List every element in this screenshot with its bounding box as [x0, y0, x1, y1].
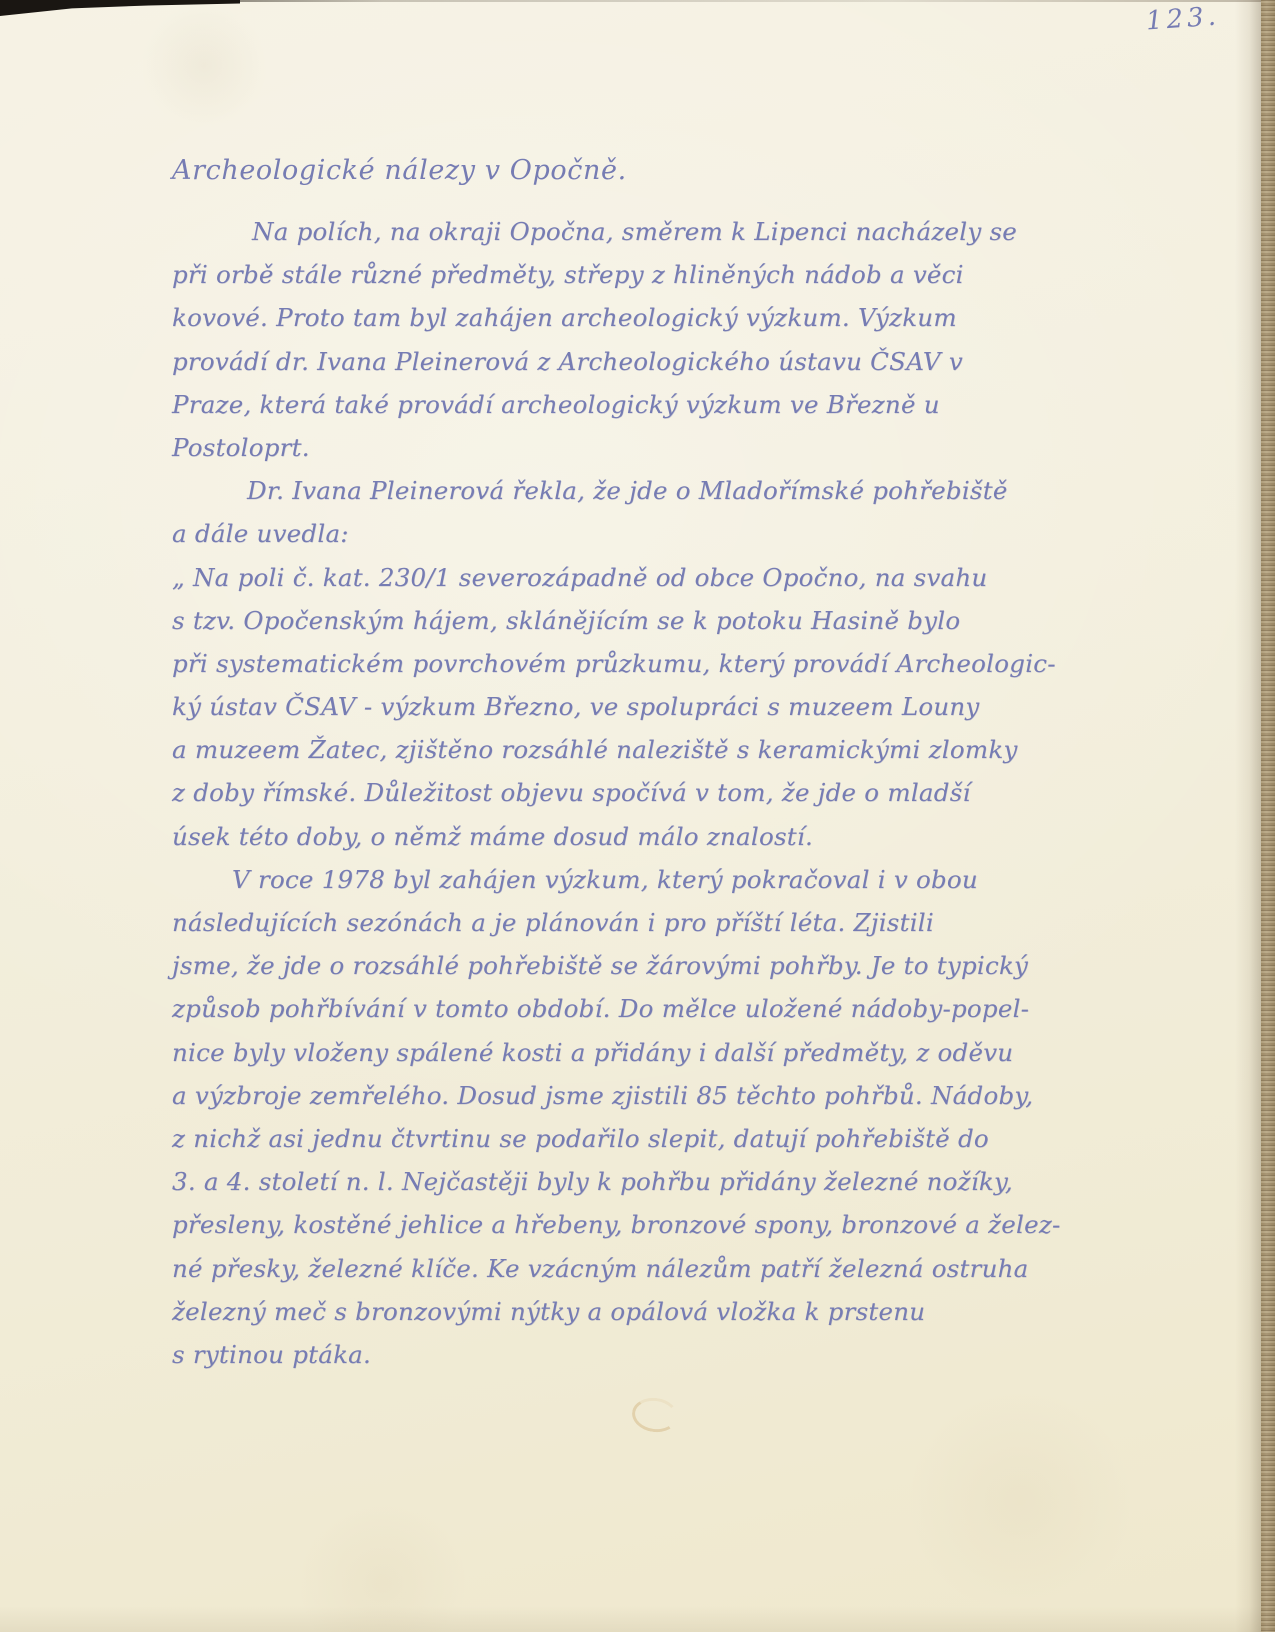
handwritten-line: nice byly vloženy spálené kosti a přidán…	[172, 1031, 1052, 1074]
scan-dark-corner	[0, 0, 240, 16]
handwriting-block: Na polích, na okraji Opočna, směrem k Li…	[172, 210, 1052, 1376]
handwritten-line: Dr. Ivana Pleinerová řekla, že jde o Mla…	[172, 469, 1052, 512]
handwritten-line: Postoloprt.	[172, 426, 1052, 469]
handwritten-line: Na polích, na okraji Opočna, směrem k Li…	[172, 210, 1052, 253]
page-number: 123.	[1145, 1, 1221, 36]
handwritten-line: při orbě stále různé předměty, střepy z …	[172, 253, 1052, 296]
handwritten-line: a muzeem Žatec, zjištěno rozsáhlé nalezi…	[172, 728, 1052, 771]
book-page-stack-edge	[1261, 0, 1275, 1632]
handwritten-line: úsek této doby, o němž máme dosud málo z…	[172, 815, 1052, 858]
handwritten-line: s rytinou ptáka.	[172, 1333, 1052, 1376]
handwritten-line: přesleny, kostěné jehlice a hřebeny, bro…	[172, 1203, 1052, 1246]
handwritten-line: a výzbroje zemřelého. Dosud jsme zjistil…	[172, 1074, 1052, 1117]
handwritten-line: provádí dr. Ivana Pleinerová z Archeolog…	[172, 340, 1052, 383]
handwritten-line: způsob pohřbívání v tomto období. Do měl…	[172, 987, 1052, 1030]
handwritten-line: z nichž asi jednu čtvrtinu se podařilo s…	[172, 1117, 1052, 1160]
page-edge-shadow	[1235, 0, 1261, 1632]
handwritten-line: jsme, že jde o rozsáhlé pohřebiště se žá…	[172, 944, 1052, 987]
handwritten-line: né přesky, železné klíče. Ke vzácným nál…	[172, 1247, 1052, 1290]
scanned-page: 123. Archeologické nálezy v Opočně. Na p…	[0, 0, 1275, 1632]
handwritten-line: 3. a 4. století n. l. Nejčastěji byly k …	[172, 1160, 1052, 1203]
document-title: Archeologické nálezy v Opočně.	[172, 155, 627, 186]
handwritten-line: V roce 1978 byl zahájen výzkum, který po…	[172, 858, 1052, 901]
handwritten-line: kovové. Proto tam byl zahájen archeologi…	[172, 296, 1052, 339]
handwritten-line: s tzv. Opočenským hájem, sklánějícím se …	[172, 599, 1052, 642]
handwritten-line: železný meč s bronzovými nýtky a opálová…	[172, 1290, 1052, 1333]
handwritten-line: při systematickém povrchovém průzkumu, k…	[172, 642, 1052, 685]
handwritten-line: z doby římské. Důležitost objevu spočívá…	[172, 771, 1052, 814]
handwritten-line: a dále uvedla:	[172, 512, 1052, 555]
pencil-smudge-mark	[630, 1395, 680, 1435]
handwritten-line: ký ústav ČSAV - výzkum Březno, ve spolup…	[172, 685, 1052, 728]
handwritten-line: Praze, která také provádí archeologický …	[172, 383, 1052, 426]
handwritten-line: „ Na poli č. kat. 230/1 severozápadně od…	[172, 556, 1052, 599]
handwritten-line: následujících sezónách a je plánován i p…	[172, 901, 1052, 944]
bottom-shadow	[0, 1606, 1275, 1632]
